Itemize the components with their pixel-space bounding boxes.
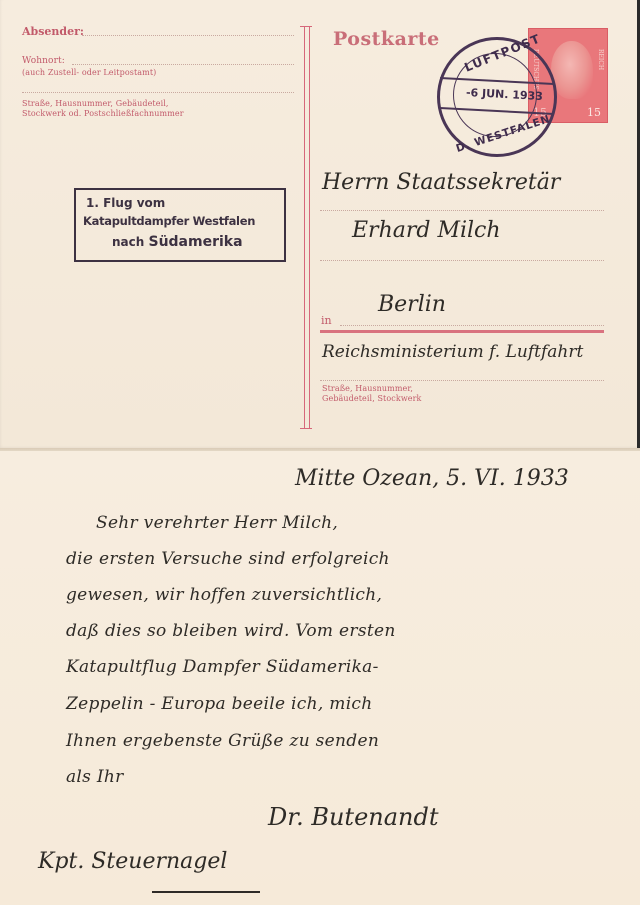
luftpost-postmark: LUFTPOST -6 JUN. 1933 D. WESTFALEN bbox=[437, 37, 557, 157]
sender-street-label-2: Stockwerk od. Postschließfachnummer bbox=[22, 109, 184, 119]
cachet-line-1: 1. Flug vom bbox=[86, 196, 165, 210]
hindenburg-portrait-icon bbox=[551, 41, 593, 99]
address-line-2: Erhard Milch bbox=[352, 218, 501, 243]
signature-main: Dr. Butenandt bbox=[268, 803, 439, 831]
address-dotline-3 bbox=[340, 325, 604, 326]
cachet-line-3: nach Südamerika bbox=[112, 234, 243, 250]
divider-cap-bottom bbox=[300, 428, 312, 429]
postcard-back: Mitte Ozean, 5. VI. 1933 Sehr verehrter … bbox=[0, 451, 640, 905]
cachet-nach: nach bbox=[112, 235, 144, 249]
wohnort-sub-label: (auch Zustell- oder Leitpostamt) bbox=[22, 68, 156, 78]
stamp-side-text-right: REICH bbox=[597, 49, 604, 70]
recipient-street-label-2: Gebäudeteil, Stockwerk bbox=[322, 394, 421, 404]
message-line-1: Sehr verehrter Herr Milch, bbox=[96, 513, 338, 533]
wohnort-line bbox=[72, 64, 294, 65]
signature-secondary: Kpt. Steuernagel bbox=[38, 849, 227, 874]
address-line-4: Reichsministerium f. Luftfahrt bbox=[322, 342, 583, 362]
sender-line bbox=[82, 35, 294, 36]
cachet-destination: Südamerika bbox=[148, 234, 242, 250]
sender-label: Absender: bbox=[22, 25, 84, 38]
address-city: Berlin bbox=[378, 292, 446, 317]
address-dotline-1 bbox=[320, 210, 604, 211]
in-label: in bbox=[321, 314, 332, 327]
address-dotline-2 bbox=[320, 260, 604, 261]
message-line-4: daß dies so bleiben wird. Vom ersten bbox=[66, 621, 396, 641]
city-underline bbox=[320, 330, 604, 333]
center-divider bbox=[304, 26, 310, 428]
address-dotline-4 bbox=[320, 380, 604, 381]
cachet-line-2: Katapultdampfer Westfalen bbox=[83, 214, 255, 228]
message-line-6: Zeppelin - Europa beeile ich, mich bbox=[66, 694, 373, 714]
sender-street-line bbox=[22, 92, 294, 93]
message-line-5: Katapultflug Dampfer Südamerika- bbox=[66, 657, 379, 677]
postkarte-title: Postkarte bbox=[333, 28, 440, 50]
stamp-denomination: 15 bbox=[587, 106, 601, 119]
message-line-2: die ersten Versuche sind erfolgreich bbox=[66, 549, 390, 569]
place-date: Mitte Ozean, 5. VI. 1933 bbox=[295, 466, 569, 491]
signature-underline bbox=[152, 891, 260, 893]
sender-street-label-1: Straße, Hausnummer, Gebäudeteil, bbox=[22, 99, 169, 109]
wohnort-label: Wohnort: bbox=[22, 56, 65, 66]
first-flight-cachet: 1. Flug vom Katapultdampfer Westfalen na… bbox=[74, 188, 286, 262]
recipient-street-label-1: Straße, Hausnummer, bbox=[322, 384, 413, 394]
message-line-8: als Ihr bbox=[66, 767, 124, 787]
postcard-front: Absender: Wohnort: (auch Zustell- oder L… bbox=[0, 0, 640, 450]
message-line-3: gewesen, wir hoffen zuversichtlich, bbox=[66, 585, 382, 605]
message-line-7: Ihnen ergebenste Grüße zu senden bbox=[66, 731, 379, 751]
address-line-1: Herrn Staatssekretär bbox=[322, 170, 560, 195]
